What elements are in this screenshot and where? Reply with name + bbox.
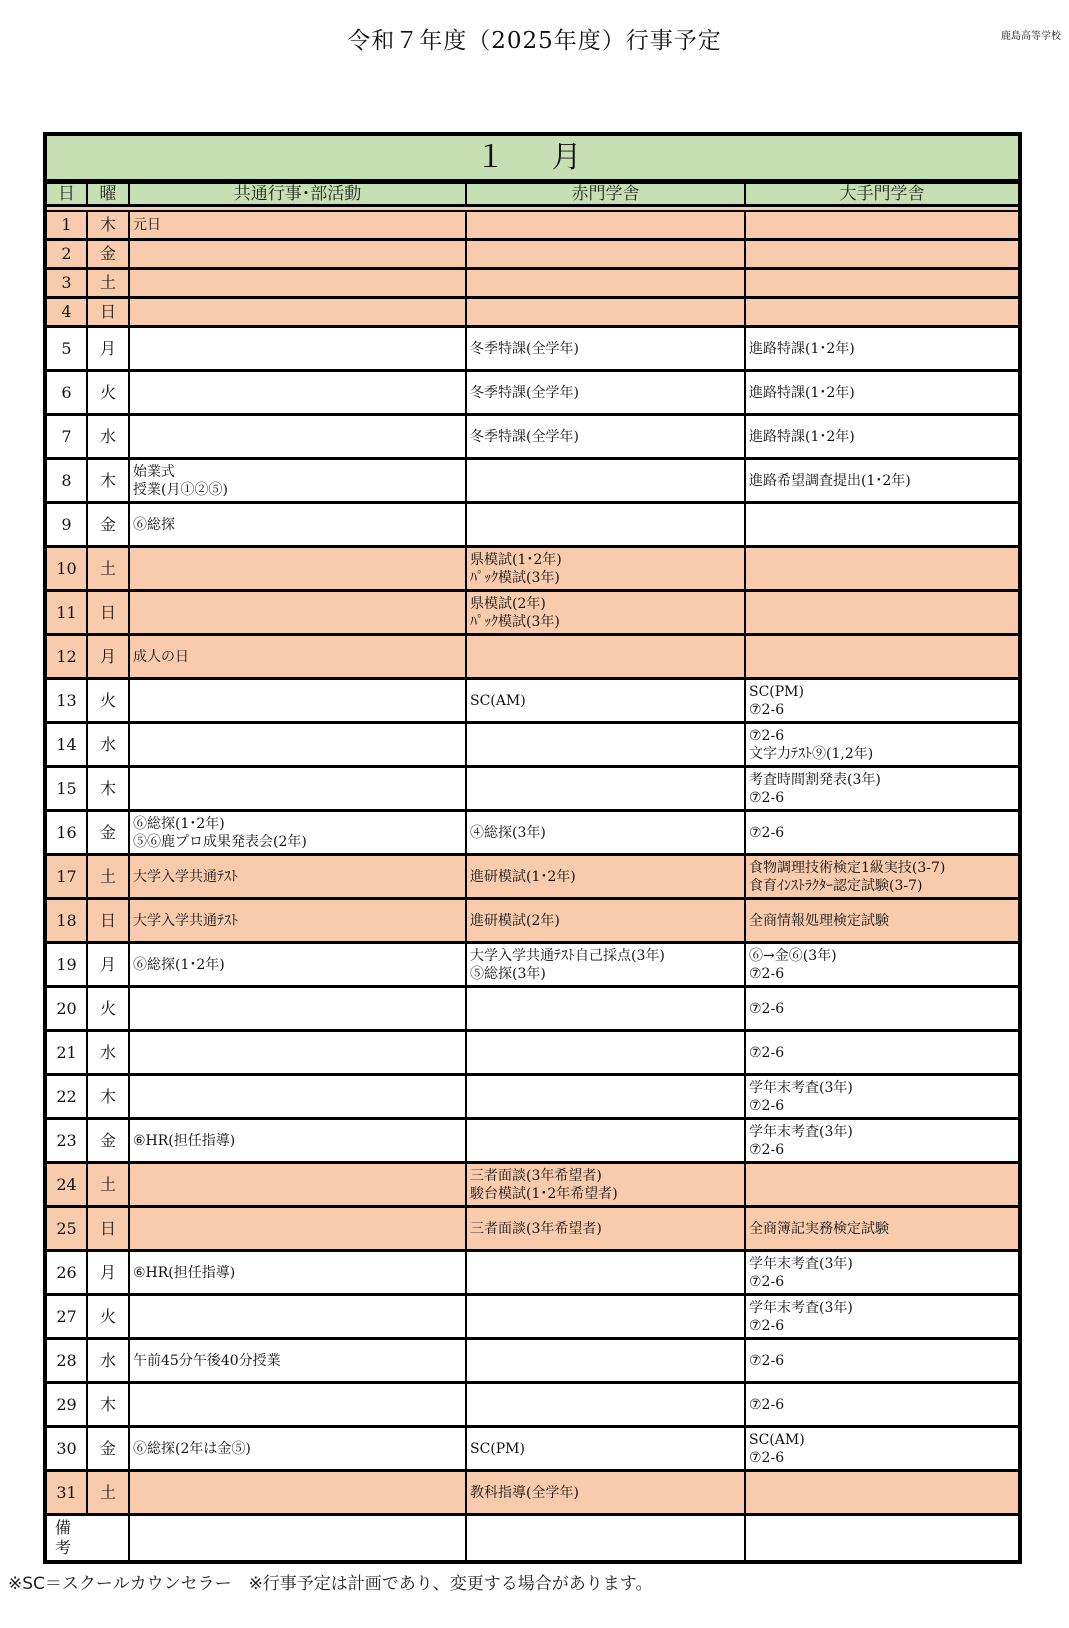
dow-cell: 木 [87,1075,129,1119]
common-event-cell: ⑥総探(1･2年) ⑤⑥鹿プロ成果発表会(2年) [129,811,466,855]
ote-event-cell: 考査時間割発表(3年) ⑦2-6 [745,767,1018,811]
day-cell: 16 [47,811,87,855]
ote-event-cell: SC(PM) ⑦2-6 [745,679,1018,723]
common-event-cell [129,723,466,767]
col-header-common: 共通行事･部活動 [129,184,466,206]
day-cell: 22 [47,1075,87,1119]
table-row: 29木⑦2-6 [47,1383,1018,1427]
day-cell: 1 [47,211,87,240]
dow-cell: 水 [87,1031,129,1075]
day-cell: 15 [47,767,87,811]
akamon-event-cell [466,211,745,240]
ote-event-cell: 学年末考査(3年) ⑦2-6 [745,1295,1018,1339]
dow-cell: 土 [87,547,129,591]
akamon-event-cell [466,1295,745,1339]
remarks-common [129,1515,466,1561]
day-cell: 3 [47,269,87,298]
day-cell: 17 [47,855,87,899]
akamon-event-cell [466,635,745,679]
day-cell: 2 [47,240,87,269]
table-row: 26月⑥HR(担任指導)学年末考査(3年) ⑦2-6 [47,1251,1018,1295]
table-row: 8木始業式 授業(月①②⑤)進路希望調査提出(1･2年) [47,459,1018,503]
schedule-table: 日 曜 共通行事･部活動 赤門学舎 大手門学舎 1木元日2金3土4日5月冬季特課… [47,184,1018,1560]
dow-cell: 木 [87,767,129,811]
day-cell: 28 [47,1339,87,1383]
common-event-cell [129,298,466,327]
ote-event-cell [745,298,1018,327]
akamon-event-cell [466,1031,745,1075]
akamon-event-cell [466,1383,745,1427]
common-event-cell: 始業式 授業(月①②⑤) [129,459,466,503]
dow-cell: 日 [87,1207,129,1251]
ote-event-cell [745,547,1018,591]
col-header-ote: 大手門学舎 [745,184,1018,206]
akamon-event-cell: 進研模試(1･2年) [466,855,745,899]
day-cell: 19 [47,943,87,987]
ote-event-cell: 学年末考査(3年) ⑦2-6 [745,1075,1018,1119]
day-cell: 11 [47,591,87,635]
dow-cell: 木 [87,459,129,503]
akamon-event-cell [466,240,745,269]
table-row: 15木考査時間割発表(3年) ⑦2-6 [47,767,1018,811]
day-cell: 5 [47,327,87,371]
dow-cell: 金 [87,240,129,269]
table-row: 17土大学入学共通ﾃｽﾄ進研模試(1･2年)食物調理技術検定1級実技(3-7) … [47,855,1018,899]
day-cell: 23 [47,1119,87,1163]
table-row: 24土三者面談(3年希望者) 駿台模試(1･2年希望者) [47,1163,1018,1207]
common-event-cell [129,327,466,371]
common-event-cell [129,1075,466,1119]
col-header-dow: 曜 [87,184,129,206]
common-event-cell: 成人の日 [129,635,466,679]
akamon-event-cell: 三者面談(3年希望者) 駿台模試(1･2年希望者) [466,1163,745,1207]
table-row: 25日三者面談(3年希望者)全商簿記実務検定試験 [47,1207,1018,1251]
table-row: 20火⑦2-6 [47,987,1018,1031]
common-event-cell: 午前45分午後40分授業 [129,1339,466,1383]
akamon-event-cell: 進研模試(2年) [466,899,745,943]
footnote: ※SC＝スクールカウンセラー ※行事予定は計画であり、変更する場合があります。 [8,1569,652,1594]
day-cell: 12 [47,635,87,679]
dow-cell: 金 [87,503,129,547]
dow-cell: 土 [87,1163,129,1207]
ote-event-cell [745,211,1018,240]
dow-cell: 火 [87,1295,129,1339]
table-row: 7水冬季特課(全学年)進路特課(1･2年) [47,415,1018,459]
day-cell: 20 [47,987,87,1031]
akamon-event-cell [466,298,745,327]
month-heading: １ 月 [47,136,1018,184]
table-row: 12月成人の日 [47,635,1018,679]
day-cell: 7 [47,415,87,459]
dow-cell: 日 [87,298,129,327]
day-cell: 31 [47,1471,87,1515]
ote-event-cell: 進路希望調査提出(1･2年) [745,459,1018,503]
akamon-event-cell [466,1251,745,1295]
table-row: 1木元日 [47,211,1018,240]
dow-cell: 金 [87,1119,129,1163]
school-name: 鹿島高等学校 [1001,27,1061,42]
dow-cell: 木 [87,1383,129,1427]
ote-event-cell: ⑦2-6 [745,1383,1018,1427]
common-event-cell [129,1031,466,1075]
akamon-event-cell: 冬季特課(全学年) [466,327,745,371]
table-row: 3土 [47,269,1018,298]
day-cell: 4 [47,298,87,327]
dow-cell: 水 [87,723,129,767]
common-event-cell [129,987,466,1031]
ote-event-cell: SC(AM) ⑦2-6 [745,1427,1018,1471]
ote-event-cell [745,269,1018,298]
table-row: 28水午前45分午後40分授業⑦2-6 [47,1339,1018,1383]
akamon-event-cell: ④総探(3年) [466,811,745,855]
table-row: 10土県模試(1･2年) ﾊﾟｯｸ模試(3年) [47,547,1018,591]
common-event-cell: ⑥総探(1･2年) [129,943,466,987]
ote-event-cell: ⑦2-6 [745,1031,1018,1075]
common-event-cell [129,1295,466,1339]
ote-event-cell [745,240,1018,269]
dow-cell: 日 [87,591,129,635]
common-event-cell: 元日 [129,211,466,240]
col-header-day: 日 [47,184,87,206]
dow-cell: 水 [87,415,129,459]
ote-event-cell [745,1471,1018,1515]
common-event-cell [129,1207,466,1251]
table-row: 14水⑦2-6 文字力ﾃｽﾄ⑨(1,2年) [47,723,1018,767]
table-row: 9金⑥総探 [47,503,1018,547]
day-cell: 26 [47,1251,87,1295]
day-cell: 9 [47,503,87,547]
common-event-cell [129,1383,466,1427]
day-cell: 18 [47,899,87,943]
day-cell: 25 [47,1207,87,1251]
akamon-event-cell [466,459,745,503]
table-row: 2金 [47,240,1018,269]
akamon-event-cell [466,1075,745,1119]
common-event-cell [129,679,466,723]
ote-event-cell: 進路特課(1･2年) [745,415,1018,459]
table-row: 30金⑥総探(2年は金⑤)SC(PM)SC(AM) ⑦2-6 [47,1427,1018,1471]
dow-cell: 火 [87,679,129,723]
common-event-cell [129,240,466,269]
common-event-cell: ⑥HR(担任指導) [129,1119,466,1163]
dow-cell: 月 [87,635,129,679]
ote-event-cell: 学年末考査(3年) ⑦2-6 [745,1251,1018,1295]
akamon-event-cell: SC(AM) [466,679,745,723]
page-title: 令和７年度（2025年度）行事予定 [0,22,1069,55]
common-event-cell [129,371,466,415]
dow-cell: 木 [87,211,129,240]
akamon-event-cell: 県模試(1･2年) ﾊﾟｯｸ模試(3年) [466,547,745,591]
table-row: 4日 [47,298,1018,327]
akamon-event-cell [466,1119,745,1163]
dow-cell: 月 [87,327,129,371]
table-row: 11日県模試(2年) ﾊﾟｯｸ模試(3年) [47,591,1018,635]
dow-cell: 金 [87,811,129,855]
common-event-cell: ⑥総探(2年は金⑤) [129,1427,466,1471]
ote-event-cell [745,503,1018,547]
table-row: 16金⑥総探(1･2年) ⑤⑥鹿プロ成果発表会(2年)④総探(3年)⑦2-6 [47,811,1018,855]
table-row: 27火学年末考査(3年) ⑦2-6 [47,1295,1018,1339]
table-row: 5月冬季特課(全学年)進路特課(1･2年) [47,327,1018,371]
common-event-cell: ⑥総探 [129,503,466,547]
ote-event-cell: 学年末考査(3年) ⑦2-6 [745,1119,1018,1163]
akamon-event-cell: 冬季特課(全学年) [466,371,745,415]
table-row: 13火SC(AM)SC(PM) ⑦2-6 [47,679,1018,723]
akamon-event-cell [466,723,745,767]
table-row: 19月⑥総探(1･2年)大学入学共通ﾃｽﾄ自己採点(3年) ⑤総探(3年)⑥→金… [47,943,1018,987]
remarks-ote [745,1515,1018,1561]
day-cell: 27 [47,1295,87,1339]
akamon-event-cell [466,503,745,547]
table-row: 23金⑥HR(担任指導)学年末考査(3年) ⑦2-6 [47,1119,1018,1163]
ote-event-cell: ⑦2-6 [745,987,1018,1031]
dow-cell: 火 [87,987,129,1031]
remarks-row: 備 考 [47,1515,1018,1561]
akamon-event-cell: 教科指導(全学年) [466,1471,745,1515]
common-event-cell [129,1471,466,1515]
akamon-event-cell [466,767,745,811]
common-event-cell [129,591,466,635]
day-cell: 21 [47,1031,87,1075]
dow-cell: 日 [87,899,129,943]
day-cell: 29 [47,1383,87,1427]
common-event-cell [129,1163,466,1207]
common-event-cell: ⑥HR(担任指導) [129,1251,466,1295]
table-row: 6火冬季特課(全学年)進路特課(1･2年) [47,371,1018,415]
ote-event-cell: 全商情報処理検定試験 [745,899,1018,943]
table-row: 31土教科指導(全学年) [47,1471,1018,1515]
dow-cell: 土 [87,269,129,298]
ote-event-cell: 全商簿記実務検定試験 [745,1207,1018,1251]
ote-event-cell [745,591,1018,635]
dow-cell: 金 [87,1427,129,1471]
remarks-akamon [466,1515,745,1561]
common-event-cell: 大学入学共通ﾃｽﾄ [129,899,466,943]
ote-event-cell: ⑥→金⑥(3年) ⑦2-6 [745,943,1018,987]
col-header-akamon: 赤門学舎 [466,184,745,206]
day-cell: 13 [47,679,87,723]
table-row: 22木学年末考査(3年) ⑦2-6 [47,1075,1018,1119]
dow-cell: 水 [87,1339,129,1383]
column-header-row: 日 曜 共通行事･部活動 赤門学舎 大手門学舎 [47,184,1018,206]
dow-cell: 火 [87,371,129,415]
day-cell: 8 [47,459,87,503]
common-event-cell [129,415,466,459]
ote-event-cell: ⑦2-6 文字力ﾃｽﾄ⑨(1,2年) [745,723,1018,767]
dow-cell: 土 [87,855,129,899]
akamon-event-cell: 県模試(2年) ﾊﾟｯｸ模試(3年) [466,591,745,635]
table-row: 21水⑦2-6 [47,1031,1018,1075]
akamon-event-cell: SC(PM) [466,1427,745,1471]
ote-event-cell: 進路特課(1･2年) [745,327,1018,371]
ote-event-cell: 食物調理技術検定1級実技(3-7) 食育ｲﾝｽﾄﾗｸﾀｰ認定試験(3-7) [745,855,1018,899]
day-cell: 6 [47,371,87,415]
common-event-cell: 大学入学共通ﾃｽﾄ [129,855,466,899]
ote-event-cell [745,635,1018,679]
akamon-event-cell [466,269,745,298]
common-event-cell [129,269,466,298]
akamon-event-cell [466,987,745,1031]
day-cell: 10 [47,547,87,591]
day-cell: 14 [47,723,87,767]
ote-event-cell: ⑦2-6 [745,811,1018,855]
day-cell: 24 [47,1163,87,1207]
akamon-event-cell: 冬季特課(全学年) [466,415,745,459]
dow-cell: 土 [87,1471,129,1515]
ote-event-cell: 進路特課(1･2年) [745,371,1018,415]
day-cell: 30 [47,1427,87,1471]
akamon-event-cell [466,1339,745,1383]
common-event-cell [129,547,466,591]
akamon-event-cell: 大学入学共通ﾃｽﾄ自己採点(3年) ⑤総探(3年) [466,943,745,987]
event-calendar: １ 月 日 曜 共通行事･部活動 赤門学舎 大手門学舎 1木元日2金3土4日5月… [43,132,1022,1564]
table-row: 18日大学入学共通ﾃｽﾄ進研模試(2年)全商情報処理検定試験 [47,899,1018,943]
remarks-label: 備 考 [47,1515,129,1561]
ote-event-cell: ⑦2-6 [745,1339,1018,1383]
dow-cell: 月 [87,943,129,987]
dow-cell: 月 [87,1251,129,1295]
akamon-event-cell: 三者面談(3年希望者) [466,1207,745,1251]
common-event-cell [129,767,466,811]
ote-event-cell [745,1163,1018,1207]
